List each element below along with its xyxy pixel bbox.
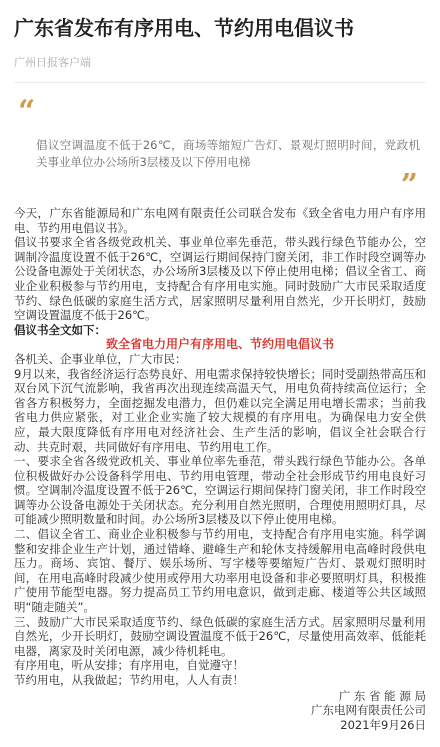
- page-title: 广东省发布有序用电、节约用电倡议书: [14, 15, 426, 42]
- article-page: 广东省发布有序用电、节约用电倡议书 广州日报客户端 “ 倡议空调温度不低于26℃…: [0, 0, 440, 747]
- signature-date: 2021年9月26日: [14, 718, 426, 733]
- letter-title: 致全省电力用户有序用电、节约用电倡议书: [14, 337, 426, 352]
- article-body: 今天，广东省能源局和广东电网有限责任公司联合发布《致全省电力用户有序用电、节约用…: [14, 206, 426, 732]
- intro-paragraph: 今天，广东省能源局和广东电网有限责任公司联合发布《致全省电力用户有序用电、节约用…: [14, 206, 426, 235]
- signature-block: 广 东 省 能 源 局 广东电网有限责任公司 2021年9月26日: [14, 689, 426, 733]
- divider: [14, 82, 426, 83]
- article-source: 广州日报客户端: [14, 54, 426, 70]
- close-quote-icon: ”: [18, 175, 418, 197]
- letter-paragraph: 一、要求全省各级党政机关、事业单位率先垂范，带头践行绿色节能办公。各单位积极做好…: [14, 454, 426, 527]
- signature-org-1: 广 东 省 能 源 局: [14, 689, 426, 704]
- quote-block: “ 倡议空调温度不低于26℃，商场等缩短广告灯、景观灯照明时间，党政机关事业单位…: [18, 101, 426, 197]
- slogan-line: 有序用电，听从安排；有序用电，自觉遵守！: [14, 658, 426, 673]
- slogan-line: 节约用电，从我做起；节约用电，人人有责！: [14, 673, 426, 688]
- quote-text: 倡议空调温度不低于26℃，商场等缩短广告灯、景观灯照明时间，党政机关事业单位办公…: [36, 137, 420, 171]
- letter-paragraph: 二、倡议全省工、商业企业积极参与节约用电，支持配合有序用电实施。科学调整和安排企…: [14, 527, 426, 615]
- open-quote-icon: “: [18, 101, 426, 123]
- intro-paragraph: 倡议书要求全省各级党政机关、事业单位率先垂范，带头践行绿色节能办公，空调制冷温度…: [14, 235, 426, 323]
- full-text-label: 倡议书全文如下：: [14, 323, 426, 338]
- letter-paragraph: 三、鼓励广大市民采取适度节约、绿色低碳的家庭生活方式。居家照明尽量利用自然光，少…: [14, 615, 426, 659]
- letter-paragraph: 9月以来，我省经济运行态势良好、用电需求保持较快增长；同时受副热带高压和双台风下…: [14, 367, 426, 455]
- signature-org-2: 广东电网有限责任公司: [14, 703, 426, 718]
- salutation: 各机关、企事业单位，广大市民：: [14, 352, 426, 367]
